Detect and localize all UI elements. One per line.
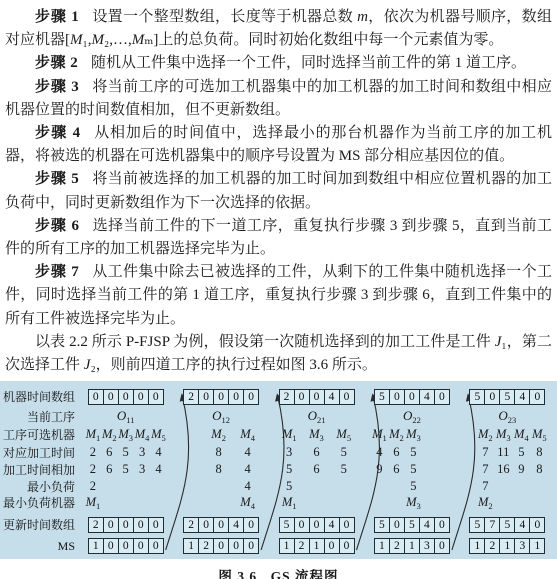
min-load-row: 7 — [466, 478, 548, 494]
row-label: 机器时间数组 — [2, 386, 78, 407]
updated-array-row: 20040 — [183, 511, 259, 535]
sub-cell: 8 — [530, 445, 548, 460]
sub-cell: 5 — [512, 445, 530, 460]
current-operation-row: O21 — [308, 407, 326, 425]
array-cell: 1 — [88, 538, 104, 554]
step-label: 步骤 4 — [35, 125, 81, 141]
array-cell: 0 — [324, 538, 340, 554]
ms-row: 10000 — [88, 535, 164, 555]
row-label: 当前工序 — [2, 407, 78, 425]
sub-cell: 11 — [494, 445, 512, 460]
sub-row: 4 — [180, 479, 262, 494]
current-operation-row: O12 — [212, 407, 230, 425]
step-text: 以表 2.2 所示 P-FJSP 为例，假设第一次随机选择到的加工工件是工件 J… — [5, 334, 552, 373]
sub-row: 71158 — [466, 445, 548, 460]
array-cell: 4 — [324, 517, 340, 533]
current-operation-row: O23 — [498, 407, 516, 425]
array-cell: 7 — [484, 517, 500, 533]
machine-label: M2 — [478, 427, 493, 441]
machine-label: M5 — [532, 427, 547, 441]
sub-cell: 3 — [134, 445, 150, 460]
array-cell: 0 — [148, 517, 164, 533]
machine-label: M3 — [406, 427, 421, 441]
sub-cell — [303, 479, 330, 494]
array-cell: 5 — [499, 517, 515, 533]
array-cell: 5 — [469, 517, 485, 533]
updated-array-row: 50540 — [374, 511, 450, 535]
selectable-machines-row: M1M2M3 — [371, 425, 453, 444]
sub-cell: 4 — [233, 445, 262, 460]
array-cell: 2 — [389, 538, 405, 554]
added-times-row: 565 — [276, 461, 358, 478]
machine-label: M2 — [389, 427, 404, 441]
array-cell: 0 — [484, 389, 500, 405]
array-cell: 1 — [499, 538, 515, 554]
sub-row: M3 — [371, 495, 453, 511]
machine-time-array: 20040 — [279, 389, 355, 405]
figure-column-o12: 20000O12M2M484844M42004012000 — [173, 386, 268, 555]
step-paragraph: 步骤 7从工件集中除去已被选择的工件，从剩下的工件集中随机选择一个工件，同时选择… — [5, 261, 552, 331]
array-cell: 3 — [514, 538, 530, 554]
sub-cell: 6 — [303, 445, 330, 460]
array-cell: 1 — [469, 538, 485, 554]
row-label: 更新时间数组 — [2, 511, 78, 535]
operation-label: O12 — [212, 408, 230, 425]
figure-column-o22: 50040O22M1M2M34659655M35054012130 — [364, 386, 459, 555]
sub-cell: M5 — [150, 427, 166, 443]
array-cell: 0 — [103, 538, 119, 554]
array-cell: 1 — [374, 538, 390, 554]
ms-array: 12130 — [374, 538, 450, 554]
array-cell: 1 — [309, 538, 325, 554]
machine-label: M4 — [514, 427, 529, 441]
sub-cell: 7 — [476, 479, 494, 494]
sub-cell: 2 — [85, 445, 101, 460]
added-times-row: 84 — [180, 461, 262, 478]
sub-cell — [303, 495, 330, 511]
sub-row: 84 — [180, 462, 262, 477]
array-cell: 2 — [484, 538, 500, 554]
array-cell: 0 — [118, 389, 134, 405]
array-cell: 0 — [118, 538, 134, 554]
sub-cell: 6 — [101, 445, 117, 460]
sub-cell — [494, 479, 512, 494]
step-text: 将当前工序的可选加工机器集中的加工机器的加工时间和数组中相应机器位置的时间数值相… — [5, 79, 552, 118]
updated-time-array: 20040 — [183, 517, 259, 533]
sub-cell — [371, 479, 388, 494]
sub-cell: M2 — [388, 427, 405, 443]
array-cell: 1 — [183, 538, 199, 554]
machine-label: M4 — [240, 427, 255, 441]
sub-row: 26534 — [85, 445, 167, 460]
gs-flow-figure: 机器时间数组当前工序工序可选机器对应加工时间加工时间相加最小负荷最小负荷机器更新… — [0, 381, 557, 559]
min-load-machine-row: M4 — [180, 494, 262, 511]
array-cell: 0 — [339, 517, 355, 533]
array-cell: 0 — [133, 517, 149, 533]
min-load-machine-row: M2 — [466, 494, 548, 511]
array-cell: 1 — [404, 538, 420, 554]
sub-cell: M4 — [233, 427, 262, 443]
sub-cell: 9 — [512, 462, 530, 477]
sub-row: M1 — [276, 495, 358, 511]
sub-cell — [388, 479, 405, 494]
ms-row: 12130 — [374, 535, 450, 555]
selectable-machines-row: M1M3M5 — [276, 425, 358, 444]
sub-row: 365 — [276, 445, 358, 460]
operation-label: O21 — [308, 408, 326, 425]
operation-label: O22 — [403, 408, 421, 425]
machine-time-array-row: 20040 — [279, 386, 355, 407]
machine-time-array: 50540 — [469, 389, 545, 405]
sub-cell: M5 — [330, 427, 357, 443]
added-times-row: 26534 — [85, 461, 167, 478]
step-label: 步骤 5 — [35, 171, 79, 187]
sub-row: 565 — [276, 462, 358, 477]
array-cell: 5 — [404, 517, 420, 533]
sub-row: 2 — [85, 479, 167, 494]
step-text: 从相加后的时间值中，选择最小的那台机器作为当前工序的加工机器，将被选的机器在可选… — [5, 125, 552, 164]
sub-row: 26534 — [85, 462, 167, 477]
array-cell: 0 — [118, 517, 134, 533]
min-machine-label: M1 — [86, 495, 101, 509]
sub-cell: 5 — [330, 462, 357, 477]
sub-cell: 5 — [405, 479, 422, 494]
machine-time-array: 00000 — [88, 389, 164, 405]
sub-cell: M2 — [101, 427, 117, 443]
sub-cell — [512, 495, 530, 511]
sub-cell — [134, 495, 150, 511]
sub-cell: M3 — [494, 427, 512, 443]
machine-label: M5 — [151, 427, 166, 441]
figure-column-o23: 50540O23M2M3M4M571158716987M25754012131 — [460, 386, 555, 555]
array-cell: 0 — [309, 517, 325, 533]
updated-array-row: 50040 — [279, 511, 355, 535]
row-label: 最小负荷机器 — [2, 494, 78, 511]
sub-cell: 5 — [117, 445, 133, 460]
step-paragraph: 步骤 6选择当前工件的下一道工序，重复执行步骤 3 到步骤 5，直到当前工件的所… — [5, 215, 552, 261]
ms-array: 12000 — [183, 538, 259, 554]
step-text: 选择当前工件的下一道工序，重复执行步骤 3 到步骤 5，直到当前工件的所有工序的… — [5, 218, 552, 257]
ms-array: 10000 — [88, 538, 164, 554]
min-load-row: 4 — [180, 478, 262, 494]
array-cell: 4 — [419, 389, 435, 405]
processing-times-row: 84 — [180, 444, 262, 461]
min-load-row: 5 — [371, 478, 453, 494]
figure-column-o11: 00000O11M1M2M3M4M526534265342M1200001000… — [78, 386, 173, 555]
sub-cell: 4 — [233, 462, 262, 477]
array-cell: 0 — [133, 538, 149, 554]
figure-grid: 机器时间数组当前工序工序可选机器对应加工时间加工时间相加最小负荷最小负荷机器更新… — [2, 386, 555, 555]
sub-row: 965 — [371, 462, 453, 477]
array-cell: 1 — [529, 538, 545, 554]
array-cell: 0 — [529, 517, 545, 533]
sub-cell — [101, 495, 117, 511]
machine-time-array: 50040 — [374, 389, 450, 405]
sub-row: M2M3M4M5 — [466, 427, 548, 443]
machine-label: M2 — [211, 427, 226, 441]
sub-cell: 5 — [330, 445, 357, 460]
updated-time-array: 57540 — [469, 517, 545, 533]
sub-cell — [204, 479, 233, 494]
min-machine-label: M2 — [478, 495, 493, 509]
figure-column-o21: 20040O21M1M3M53655655M15004012100 — [269, 386, 364, 555]
updated-time-array: 50540 — [374, 517, 450, 533]
array-cell: 1 — [279, 538, 295, 554]
machine-label: M3 — [118, 427, 133, 441]
sub-cell: M4 — [512, 427, 530, 443]
machine-label: M1 — [86, 427, 101, 441]
step-paragraph: 步骤 5将当前被选择的加工机器的加工时间加到数组中相应位置机器的加工负荷中，同时… — [5, 168, 552, 214]
array-cell: 0 — [213, 517, 229, 533]
sub-row: 71698 — [466, 462, 548, 477]
sub-cell: 5 — [276, 462, 303, 477]
array-cell: 2 — [294, 538, 310, 554]
ms-row: 12000 — [183, 535, 259, 555]
sub-cell: M4 — [233, 495, 262, 511]
sub-cell: 3 — [134, 462, 150, 477]
sub-cell — [512, 479, 530, 494]
sub-cell: M4 — [134, 427, 150, 443]
sub-cell — [330, 479, 357, 494]
array-cell: 5 — [374, 517, 390, 533]
figure-number: 图 3.6 — [218, 569, 257, 579]
array-cell: 2 — [183, 517, 199, 533]
array-cell: 0 — [103, 517, 119, 533]
array-cell: 0 — [213, 538, 229, 554]
step-label: 步骤 1 — [35, 9, 79, 25]
sub-cell: M3 — [405, 495, 422, 511]
row-label: MS — [2, 535, 78, 555]
sub-cell: 7 — [476, 462, 494, 477]
min-load-machine-row: M3 — [371, 494, 453, 511]
intro-paragraph: 以表 2.2 所示 P-FJSP 为例，假设第一次随机选择到的加工工件是工件 J… — [5, 331, 552, 377]
sub-cell: 8 — [204, 445, 233, 460]
array-cell: 4 — [324, 389, 340, 405]
sub-cell: M1 — [85, 427, 101, 443]
machine-label: M1 — [282, 427, 297, 441]
array-cell: 5 — [499, 389, 515, 405]
sub-cell: 6 — [101, 462, 117, 477]
sub-cell: 5 — [117, 462, 133, 477]
selectable-machines-row: M2M3M4M5 — [466, 425, 548, 444]
machine-time-array-row: 00000 — [88, 386, 164, 407]
array-cell: 0 — [198, 389, 214, 405]
sub-cell — [117, 495, 133, 511]
current-operation-row: O22 — [403, 407, 421, 425]
sub-row: M4 — [180, 495, 262, 511]
step-text: 从工件集中除去已被选择的工件，从剩下的工件集中随机选择一个工件，同时选择当前工件… — [5, 264, 552, 326]
array-cell: 0 — [228, 538, 244, 554]
array-cell: 0 — [294, 389, 310, 405]
min-load-machine-row: M1 — [276, 494, 358, 511]
sub-cell: M5 — [530, 427, 548, 443]
machine-label: M2 — [102, 427, 117, 441]
sub-cell: 2 — [85, 462, 101, 477]
added-times-row: 71698 — [466, 461, 548, 478]
sub-cell: 16 — [494, 462, 512, 477]
sub-cell — [494, 495, 512, 511]
selectable-machines-row: M2M4 — [180, 425, 262, 444]
array-cell: 5 — [469, 389, 485, 405]
sub-cell: 3 — [276, 445, 303, 460]
array-cell: 0 — [404, 389, 420, 405]
sub-row: M1M2M3 — [371, 427, 453, 443]
sub-cell: 5 — [405, 462, 422, 477]
array-cell: 2 — [183, 389, 199, 405]
row-label: 最小负荷 — [2, 478, 78, 494]
sub-cell: 4 — [150, 462, 166, 477]
array-cell: 4 — [228, 517, 244, 533]
updated-array-row: 20000 — [88, 511, 164, 535]
step-text: 将当前被选择的加工机器的加工时间加到数组中相应位置机器的加工负荷中，同时更新数组… — [5, 171, 552, 210]
ms-array: 12100 — [279, 538, 355, 554]
array-cell: 0 — [309, 389, 325, 405]
array-cell: 0 — [148, 538, 164, 554]
figure-row-labels: 机器时间数组当前工序工序可选机器对应加工时间加工时间相加最小负荷最小负荷机器更新… — [2, 386, 78, 555]
machine-time-array: 20000 — [183, 389, 259, 405]
sub-cell: 6 — [388, 445, 405, 460]
step-paragraph: 步骤 1设置一个整型数组，长度等于机器总数 m，依次为机器号顺序，数组对应机器[… — [5, 6, 552, 52]
row-label: 工序可选机器 — [2, 425, 78, 444]
sub-cell: M2 — [204, 427, 233, 443]
sub-row: 465 — [371, 445, 453, 460]
array-cell: 0 — [103, 389, 119, 405]
array-cell: 4 — [514, 517, 530, 533]
figure-title: GS 流程图 — [271, 569, 339, 579]
sub-row: 84 — [180, 445, 262, 460]
processing-times-row: 26534 — [85, 444, 167, 461]
min-load-row: 2 — [85, 478, 167, 494]
updated-array-row: 57540 — [469, 511, 545, 535]
sub-row: M2M4 — [180, 427, 262, 443]
sub-row: 5 — [276, 479, 358, 494]
sub-cell: 6 — [388, 462, 405, 477]
min-machine-label: M4 — [240, 495, 255, 509]
array-cell: 0 — [389, 517, 405, 533]
sub-cell: 9 — [371, 462, 388, 477]
ms-array: 12131 — [469, 538, 545, 554]
processing-times-row: 365 — [276, 444, 358, 461]
sub-cell — [330, 495, 357, 511]
step-label: 步骤 7 — [35, 264, 79, 280]
array-cell: 0 — [339, 389, 355, 405]
sub-row: M1M3M5 — [276, 427, 358, 443]
sub-row: M1 — [85, 495, 167, 511]
sub-cell — [117, 479, 133, 494]
sub-cell: 7 — [476, 445, 494, 460]
step-paragraph: 步骤 2随机从工件集中选择一个工件，同时选择当前工件的第 1 道工序。 — [5, 52, 552, 75]
array-cell: 0 — [213, 389, 229, 405]
ms-row: 12131 — [469, 535, 545, 555]
array-cell: 4 — [419, 517, 435, 533]
step-label: 步骤 6 — [35, 218, 80, 234]
sub-cell: 6 — [303, 462, 330, 477]
array-cell: 0 — [434, 389, 450, 405]
sub-cell: 5 — [276, 479, 303, 494]
array-cell: 0 — [88, 389, 104, 405]
array-cell: 5 — [374, 389, 390, 405]
min-machine-label: M3 — [406, 495, 421, 509]
sub-cell — [530, 495, 548, 511]
updated-time-array: 50040 — [279, 517, 355, 533]
sub-cell: 5 — [405, 445, 422, 460]
array-cell: 0 — [228, 389, 244, 405]
sub-cell: M1 — [276, 495, 303, 511]
sub-cell: 4 — [371, 445, 388, 460]
machine-label: M5 — [336, 427, 351, 441]
array-cell: 0 — [529, 389, 545, 405]
updated-time-array: 20000 — [88, 517, 164, 533]
array-cell: 3 — [419, 538, 435, 554]
row-label: 对应加工时间 — [2, 444, 78, 461]
array-cell: 2 — [88, 517, 104, 533]
machine-time-array-row: 20000 — [183, 386, 259, 407]
array-cell: 0 — [434, 517, 450, 533]
array-cell: 2 — [279, 389, 295, 405]
array-cell: 0 — [133, 389, 149, 405]
ms-row: 12100 — [279, 535, 355, 555]
sub-row: M1M2M3M4M5 — [85, 427, 167, 443]
current-operation-row: O11 — [117, 407, 135, 425]
machine-time-array-row: 50040 — [374, 386, 450, 407]
step-label: 步骤 3 — [35, 79, 79, 95]
processing-times-row: 465 — [371, 444, 453, 461]
sub-cell: M1 — [85, 495, 101, 511]
min-load-machine-row: M1 — [85, 494, 167, 511]
array-cell: 0 — [339, 538, 355, 554]
sub-cell: 2 — [85, 479, 101, 494]
sub-cell: M3 — [405, 427, 422, 443]
figure-caption: 图 3.6GS 流程图 — [0, 565, 557, 579]
machine-label: M3 — [309, 427, 324, 441]
array-cell: 0 — [243, 389, 259, 405]
array-cell: 0 — [389, 389, 405, 405]
step-text: 设置一个整型数组，长度等于机器总数 m，依次为机器号顺序，数组对应机器[M₁,M… — [5, 9, 552, 48]
sub-cell: 8 — [530, 462, 548, 477]
step-paragraph: 步骤 3将当前工序的可选加工机器集中的加工机器的加工时间和数组中相应机器位置的时… — [5, 76, 552, 122]
array-cell: 0 — [243, 538, 259, 554]
sub-cell — [371, 495, 388, 511]
array-cell: 4 — [514, 389, 530, 405]
min-load-row: 5 — [276, 478, 358, 494]
sub-row: M2 — [466, 495, 548, 511]
operation-label: O23 — [498, 408, 516, 425]
step-text: 随机从工件集中选择一个工件，同时选择当前工件的第 1 道工序。 — [91, 55, 526, 71]
sub-cell: M1 — [371, 427, 388, 443]
sub-cell — [530, 479, 548, 494]
machine-label: M1 — [372, 427, 387, 441]
array-cell: 0 — [198, 517, 214, 533]
selectable-machines-row: M1M2M3M4M5 — [85, 425, 167, 444]
sub-cell — [388, 495, 405, 511]
row-label: 加工时间相加 — [2, 461, 78, 478]
sub-row: 5 — [371, 479, 453, 494]
processing-times-row: 71158 — [466, 444, 548, 461]
sub-cell — [150, 479, 166, 494]
machine-label: M3 — [496, 427, 511, 441]
sub-cell: M1 — [276, 427, 303, 443]
sub-cell — [150, 495, 166, 511]
array-cell: 2 — [198, 538, 214, 554]
sub-row: 7 — [466, 479, 548, 494]
sub-cell: 4 — [150, 445, 166, 460]
operation-label: O11 — [117, 408, 135, 425]
sub-cell — [204, 495, 233, 511]
sub-cell: M2 — [476, 495, 494, 511]
added-times-row: 965 — [371, 461, 453, 478]
machine-label: M4 — [135, 427, 150, 441]
sub-cell: M2 — [476, 427, 494, 443]
